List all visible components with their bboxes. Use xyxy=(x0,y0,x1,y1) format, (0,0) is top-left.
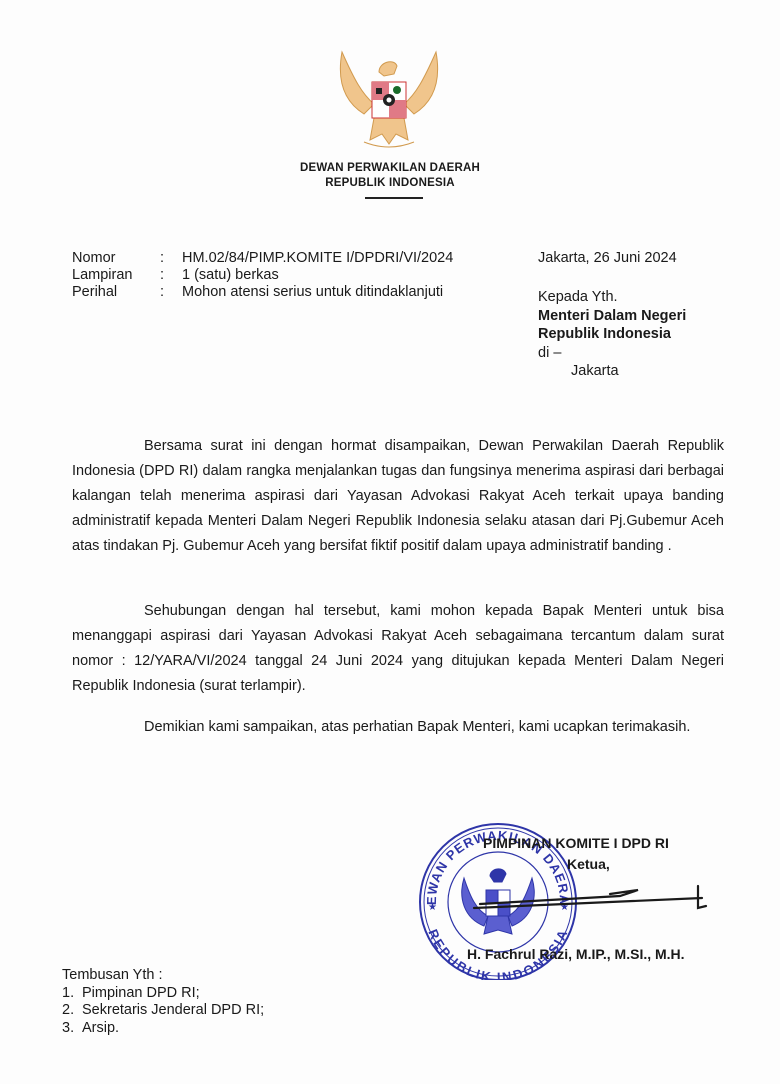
cc-item: 2.Sekretaris Jenderal DPD RI; xyxy=(62,1002,264,1020)
recipient-salutation: Kepada Yth. xyxy=(538,288,686,307)
recipient-di: di – xyxy=(538,344,686,363)
institution-name: DEWAN PERWAKILAN DAERAH xyxy=(250,162,530,174)
svg-text:★: ★ xyxy=(428,902,437,913)
recipient-line2: Republik Indonesia xyxy=(538,325,686,344)
meta-value: HM.02/84/PIMP.KOMITE I/DPDRI/VI/2024 xyxy=(182,250,453,267)
meta-colon: : xyxy=(160,250,182,267)
cc-heading: Tembusan Yth : xyxy=(62,967,264,985)
body-paragraph-2: Sehubungan dengan hal tersebut, kami moh… xyxy=(72,599,724,699)
recipient-line1: Menteri Dalam Negeri xyxy=(538,307,686,326)
letter-date: Jakarta, 26 Juni 2024 xyxy=(538,250,677,266)
cc-item: 1.Pimpinan DPD RI; xyxy=(62,985,264,1003)
body-paragraph-1: Bersama surat ini dengan hormat disampai… xyxy=(72,434,724,559)
signatory-title: PIMPINAN KOMITE I DPD RI xyxy=(483,835,669,851)
recipient-address: Kepada Yth. Menteri Dalam Negeri Republi… xyxy=(538,288,686,381)
letter-meta: Nomor : HM.02/84/PIMP.KOMITE I/DPDRI/VI/… xyxy=(72,250,453,301)
meta-nomor: Nomor : HM.02/84/PIMP.KOMITE I/DPDRI/VI/… xyxy=(72,250,453,267)
carbon-copy-list: Tembusan Yth : 1.Pimpinan DPD RI; 2.Sekr… xyxy=(62,967,264,1037)
meta-lampiran: Lampiran : 1 (satu) berkas xyxy=(72,267,453,284)
meta-value: Mohon atensi serius untuk ditindaklanjut… xyxy=(182,284,443,301)
cc-item: 3.Arsip. xyxy=(62,1020,264,1038)
meta-label: Perihal xyxy=(72,284,160,301)
body-paragraph-3: Demikian kami sampaikan, atas perhatian … xyxy=(72,715,724,740)
institution-country: REPUBLIK INDONESIA xyxy=(250,177,530,189)
meta-colon: : xyxy=(160,284,182,301)
signatory-name: H. Fachrul Razi, M.IP., M.SI., M.H. xyxy=(467,946,685,962)
meta-label: Nomor xyxy=(72,250,160,267)
garuda-emblem-icon xyxy=(334,44,444,152)
recipient-city: Jakarta xyxy=(538,362,686,381)
meta-perihal: Perihal : Mohon atensi serius untuk diti… xyxy=(72,284,453,301)
meta-colon: : xyxy=(160,267,182,284)
signatory-role: Ketua, xyxy=(567,856,610,872)
letterhead-divider xyxy=(365,197,423,199)
meta-label: Lampiran xyxy=(72,267,160,284)
handwritten-signature-icon xyxy=(470,878,720,918)
meta-value: 1 (satu) berkas xyxy=(182,267,279,284)
